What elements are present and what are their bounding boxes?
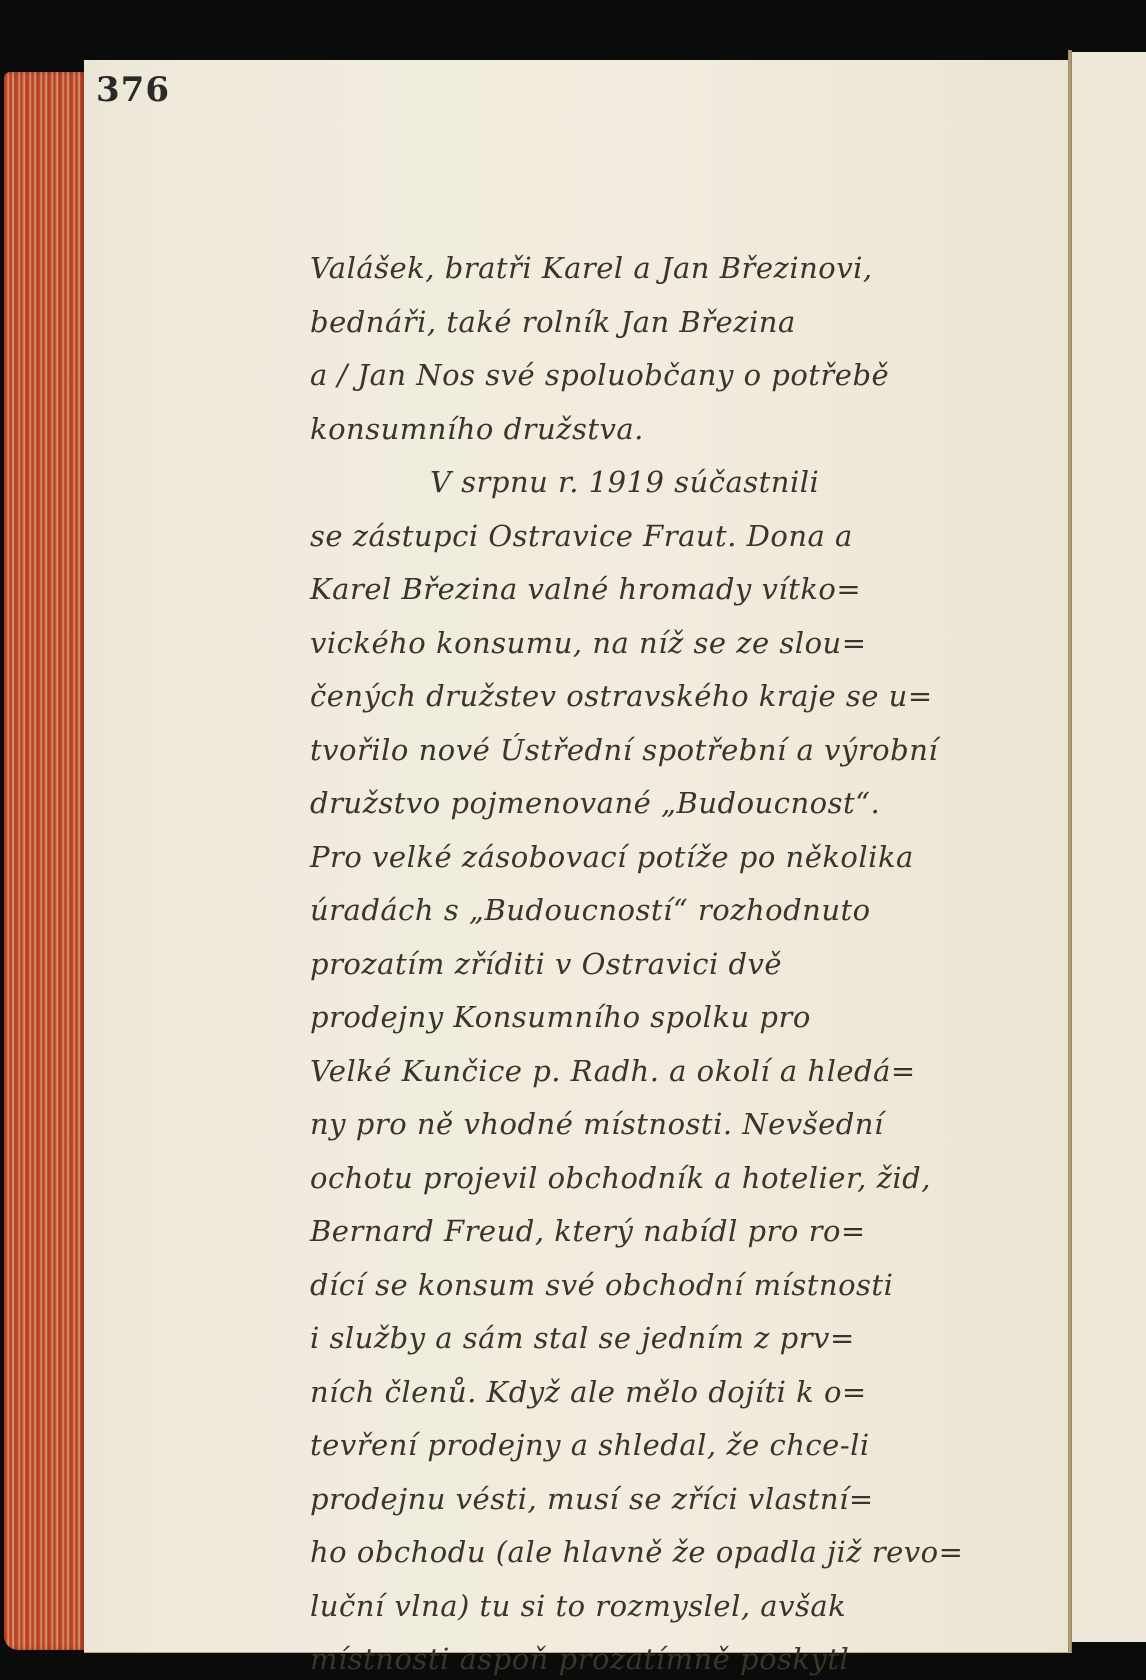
red-page-edges (4, 72, 86, 1650)
text-line: ho obchodu (ale hlavně že opadla již rev… (310, 1526, 1010, 1580)
handwritten-text: Valášek, bratři Karel a Jan Březinovi, b… (310, 242, 1010, 1680)
text-line: ny pro ně vhodné místnosti. Nevšední (310, 1098, 1010, 1152)
book-scan: 376 Valášek, bratři Karel a Jan Březinov… (0, 0, 1146, 1680)
text-line: Pro velké zásobovací potíže po několika (310, 831, 1010, 885)
text-line: místnosti aspoň prozatímně poskytl (310, 1633, 1010, 1680)
text-line: se zástupci Ostravice Fraut. Dona a (310, 510, 1010, 564)
right-page-edge (1072, 52, 1146, 1642)
text-line: tevření prodejny a shledal, že chce-li (310, 1419, 1010, 1473)
text-line: a / Jan Nos své spoluobčany o potřebě (310, 349, 1010, 403)
text-line: i služby a sám stal se jedním z prv= (310, 1312, 1010, 1366)
text-line: Valášek, bratři Karel a Jan Březinovi, (310, 242, 1010, 296)
text-line: vického konsumu, na níž se ze slou= (310, 617, 1010, 671)
text-line: úradách s „Budoucností“ rozhodnuto (310, 884, 1010, 938)
text-line: ochotu projevil obchodník a hotelier, ži… (310, 1152, 1010, 1206)
text-line: čených družstev ostravského kraje se u= (310, 670, 1010, 724)
text-line: tvořilo nové Ústřední spotřební a výrobn… (310, 724, 1010, 778)
text-line: prozatím zříditi v Ostravici dvě (310, 938, 1010, 992)
text-line: družstvo pojmenované „Budoucnost“. (310, 777, 1010, 831)
text-line: prodejny Konsumního spolku pro (310, 991, 1010, 1045)
page-number: 376 (96, 70, 170, 110)
text-line: Bernard Freud, který nabídl pro ro= (310, 1205, 1010, 1259)
text-line: ních členů. Když ale mělo dojíti k o= (310, 1366, 1010, 1420)
paragraph-start-line: V srpnu r. 1919 súčastnili (310, 456, 1010, 510)
text-line: Karel Březina valné hromady vítko= (310, 563, 1010, 617)
text-line: prodejnu vésti, musí se zříci vlastní= (310, 1473, 1010, 1527)
text-line: konsumního družstva. (310, 403, 1010, 457)
text-line: bednáři, také rolník Jan Březina (310, 296, 1010, 350)
text-line: luční vlna) tu si to rozmyslel, avšak (310, 1580, 1010, 1634)
text-line: dící se konsum své obchodní místnosti (310, 1259, 1010, 1313)
text-line: Velké Kunčice p. Radh. a okolí a hledá= (310, 1045, 1010, 1099)
